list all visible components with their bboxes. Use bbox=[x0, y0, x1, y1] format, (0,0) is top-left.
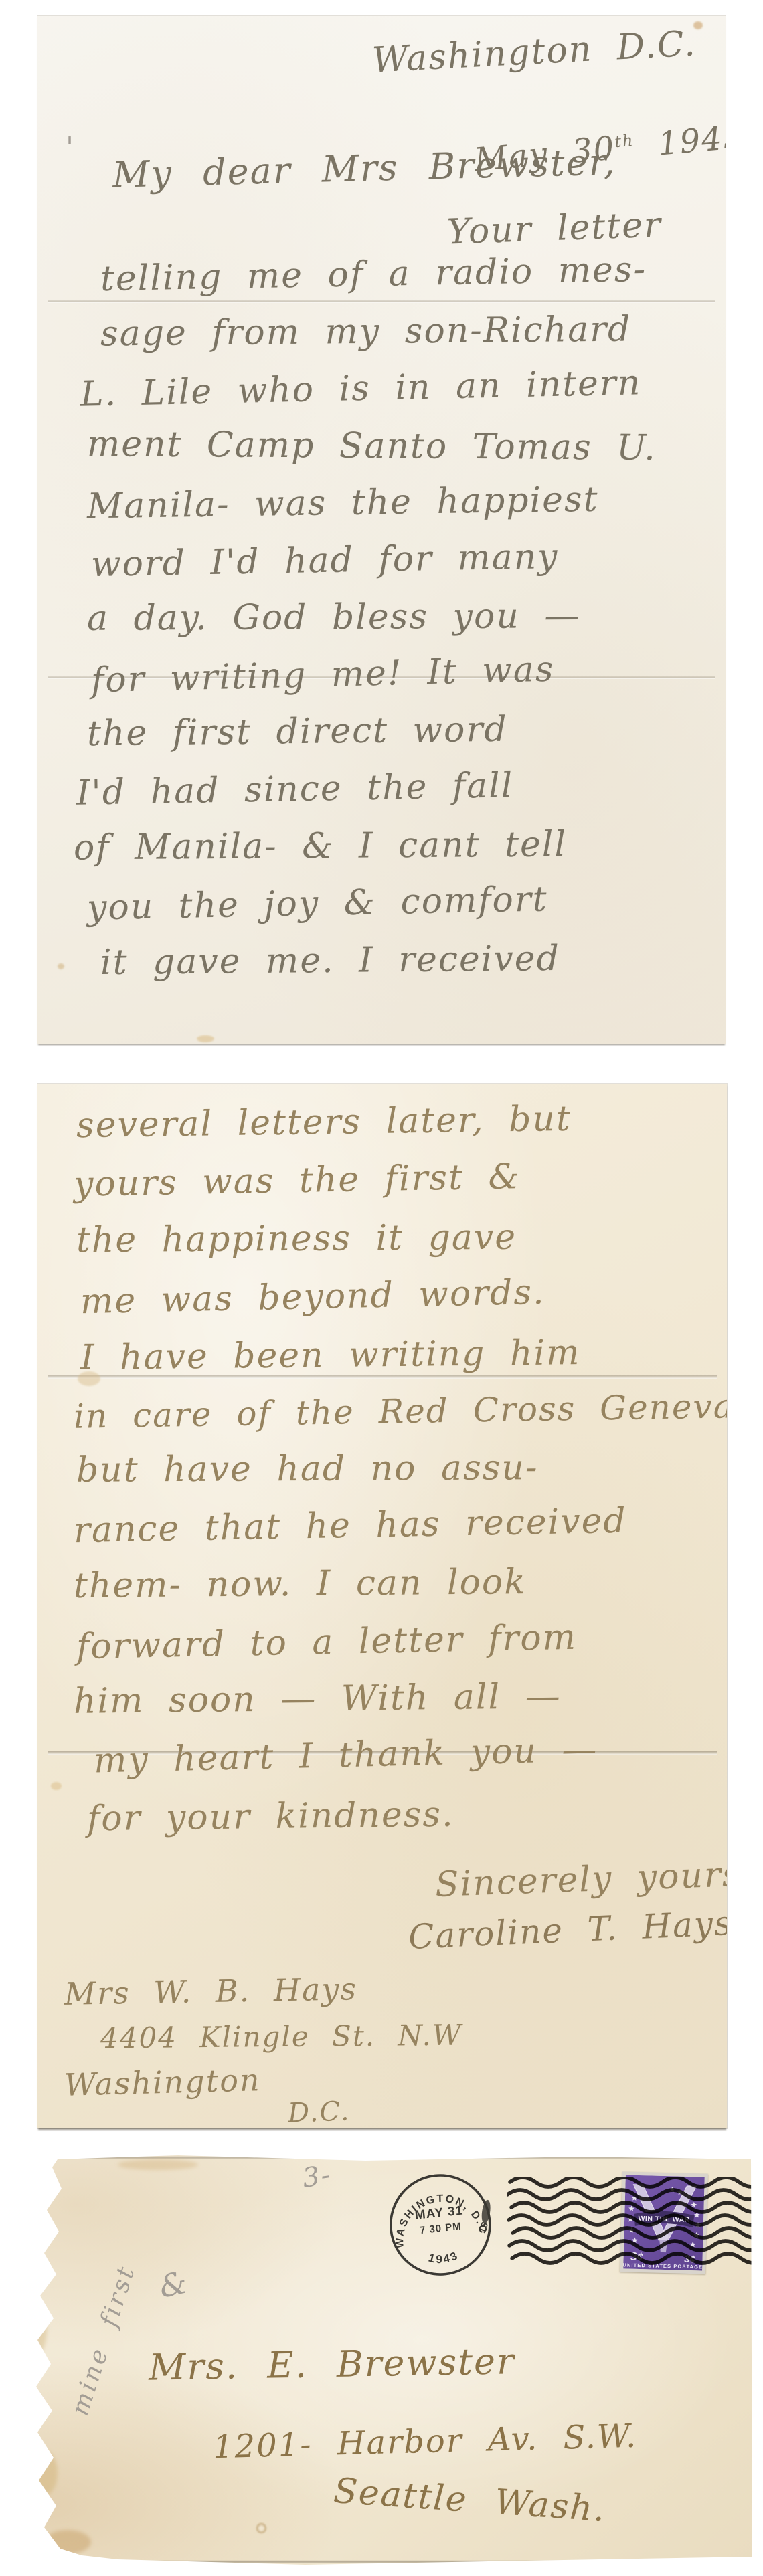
handwritten-line: but have had no assu- bbox=[76, 1449, 539, 1490]
handwritten-line: sage from my son-Richard bbox=[100, 311, 632, 354]
postmark-icon: WASHINGTON, D.C. 15 MAY 31 7 30 PM 1943 bbox=[377, 2163, 503, 2289]
handwritten-line: in care of the Red Cross Geneva bbox=[74, 1388, 727, 1435]
handwritten-line: ment Camp Santo Tomas U. bbox=[87, 425, 657, 468]
closing: Sincerely yours bbox=[434, 1856, 727, 1904]
handwritten-line: yours was the first & bbox=[74, 1158, 521, 1204]
date-year: 1943 bbox=[657, 118, 726, 163]
handwritten-line: a day. God bless you — bbox=[87, 597, 581, 638]
stray-pencil-tick: ' bbox=[66, 131, 74, 165]
place-text: Washington D.C. bbox=[371, 23, 697, 80]
signature: Caroline T. Hays. bbox=[408, 1904, 727, 1956]
handwritten-line: several letters later, but bbox=[76, 1100, 572, 1146]
handwritten-line: rance that he has received bbox=[74, 1502, 628, 1551]
handwritten-line: you the joy & comfort bbox=[87, 880, 549, 927]
letter-page-2: several letters later, but yours was the… bbox=[37, 1084, 727, 2128]
letter-page-1: Washington D.C. May 30th 1943 ' My dear … bbox=[37, 16, 726, 1044]
handwritten-line: I'd had since the fall bbox=[76, 767, 514, 813]
letter-place-line: Washington D.C. bbox=[371, 25, 697, 80]
paper-stain bbox=[51, 1782, 62, 1790]
postmark-year: 1943 bbox=[426, 2248, 461, 2268]
envelope-top-edge bbox=[54, 2157, 746, 2159]
date-ordinal: th bbox=[614, 131, 634, 151]
scanned-letter-and-envelope: { "page1": { "place": "Washington D.C.",… bbox=[0, 0, 763, 2576]
handwritten-line: him soon — With all — bbox=[74, 1678, 562, 1721]
handwritten-line: for writing me! It was bbox=[90, 651, 555, 700]
handwritten-line: the first direct word bbox=[87, 711, 508, 754]
envelope-stain bbox=[24, 2302, 47, 2356]
pencil-rate-mark: 3- bbox=[301, 2160, 333, 2193]
recipient-name: Mrs. E. Brewster bbox=[149, 2341, 516, 2387]
wavy-cancellation-icon bbox=[507, 2177, 754, 2273]
pencil-note: mine first bbox=[67, 2262, 141, 2419]
handwritten-line: telling me of a radio mes- bbox=[100, 251, 647, 298]
sender-state: D.C. bbox=[287, 2096, 351, 2128]
handwritten-line: word I'd had for many bbox=[91, 538, 559, 584]
handwritten-line: my heart I thank you — bbox=[93, 1730, 598, 1780]
handwritten-line: it gave me. I received bbox=[100, 940, 560, 982]
handwritten-line: L. Lile who is in an intern bbox=[80, 364, 641, 414]
paper-stain bbox=[58, 963, 64, 969]
handwritten-line: for your kindness. bbox=[87, 1796, 454, 1839]
recipient-street: 1201- Harbor Av. S.W. bbox=[212, 2419, 637, 2465]
envelope-stain bbox=[28, 2450, 58, 2496]
envelope-stain bbox=[44, 2530, 91, 2554]
handwritten-line: Manila- was the happiest bbox=[87, 481, 599, 526]
sender-street: 4404 Klingle St. N.W bbox=[100, 2020, 462, 2054]
sender-city: Washington bbox=[64, 2063, 261, 2102]
handwritten-line: I have been writing him bbox=[80, 1334, 581, 1377]
svg-text:1943: 1943 bbox=[426, 2248, 461, 2268]
envelope-stain bbox=[256, 2523, 266, 2533]
handwritten-line: of Manila- & I cant tell bbox=[74, 825, 567, 867]
sender-name: Mrs W. B. Hays bbox=[64, 1972, 358, 2011]
handwritten-line: the happiness it gave bbox=[76, 1219, 517, 1260]
opening-line: Your letter bbox=[446, 206, 663, 252]
envelope-stain bbox=[118, 2159, 198, 2170]
handwritten-line: me was beyond words. bbox=[80, 1274, 545, 1322]
recipient-city: Seattle Wash. bbox=[333, 2472, 608, 2529]
handwritten-line: them- now. I can look bbox=[74, 1563, 527, 1605]
salutation: My dear Mrs Brewster, bbox=[112, 142, 616, 195]
paper-stain bbox=[197, 1035, 214, 1042]
envelope-bottom-edge bbox=[47, 2561, 746, 2563]
fold-crease bbox=[48, 300, 715, 303]
postmark-time: 7 30 PM bbox=[419, 2221, 462, 2236]
envelope: mine first & 3- WASHINGTON, D.C. 15 MAY … bbox=[17, 2155, 754, 2566]
pencil-ampersand: & bbox=[156, 2265, 191, 2304]
handwritten-line: forward to a letter from bbox=[76, 1619, 578, 1667]
